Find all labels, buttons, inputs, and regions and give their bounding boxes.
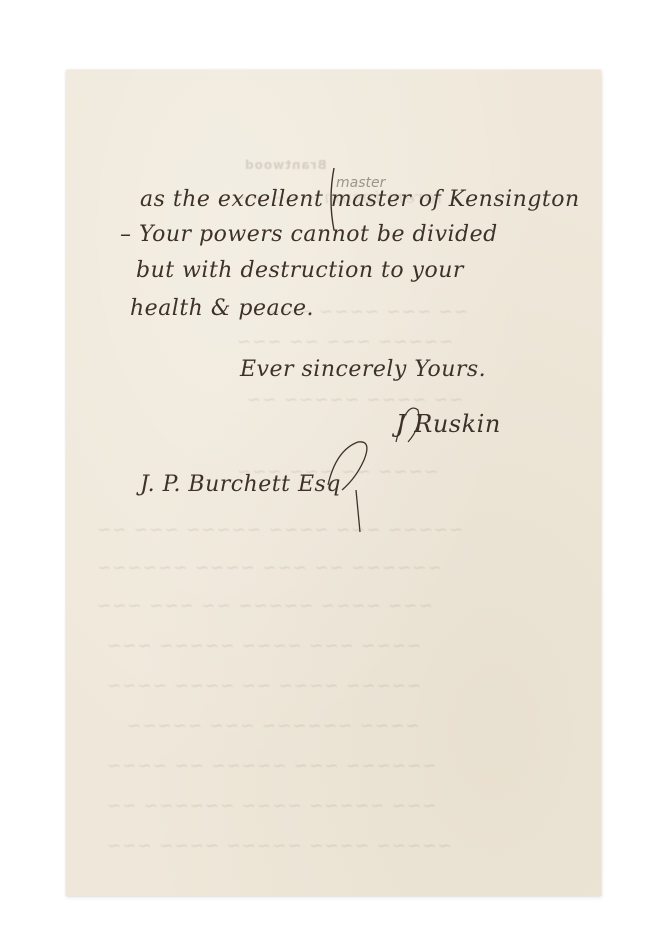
- addressee: J. P. Burchett Esq: [140, 472, 341, 497]
- letter-line: but with destruction to your: [136, 258, 464, 283]
- bleed-through-text: ~~~~~ ~~~ ~~~~ ~~~~~ ~~~ ~~: [96, 520, 463, 540]
- bleed-through-text: ~~~~~~ ~~~ ~~~~~ ~~ ~~~~: [106, 756, 437, 776]
- bleed-through-text: ~~~ ~~~~ ~~~~~ ~~ ~~~ ~~~: [96, 596, 433, 616]
- letter-line: – Your powers cannot be divided: [120, 222, 498, 247]
- bleed-through-text: ~~~ ~~~~~ ~~~~ ~~~~~~ ~~: [106, 796, 437, 816]
- bleed-through-text: ~~~~~ ~~~ ~~ ~~~: [236, 332, 453, 352]
- letter-page: Brantwood lorem ipsum ~~~ ~~ ~~ ~~~ ~~~~…: [66, 70, 601, 896]
- bleed-through-text: ~~~~~~ ~~ ~~~ ~~~~ ~~~~~~: [96, 558, 442, 578]
- letter-line: health & peace.: [130, 296, 314, 321]
- bleed-through-text: ~~~~ ~~~ ~~~~ ~~~~~ ~~~: [106, 636, 421, 656]
- letter-line: as the excellent master of Kensington: [140, 187, 580, 212]
- bleed-through-text: ~~~~ ~~~~~~ ~~~ ~~~~~: [126, 716, 420, 736]
- bleed-through-text: ~~~~~ ~~~~ ~~ ~~~~ ~~~~: [106, 676, 421, 696]
- bleed-through-text: ~~~~~ ~~~~ ~~~~~ ~~~~ ~~~: [106, 836, 452, 856]
- closing-line: Ever sincerely Yours.: [240, 357, 486, 382]
- letterhead-bleed-through: Brantwood: [244, 158, 327, 172]
- bleed-through-text: ~~ ~~~~ ~~~~~ ~~: [246, 390, 463, 410]
- signature: J Ruskin: [396, 410, 501, 438]
